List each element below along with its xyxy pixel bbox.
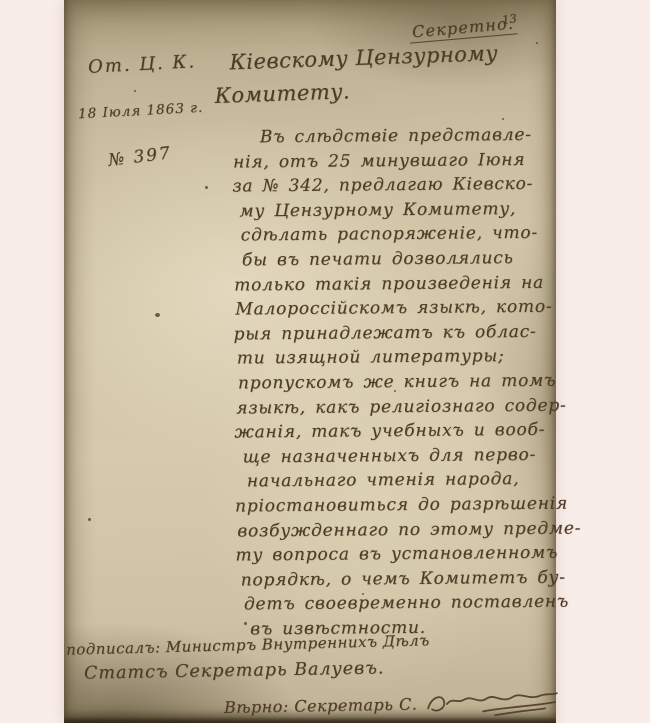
- footer-signatory-line: Статсъ Секретарь Валуевъ.: [84, 658, 385, 683]
- body-line: ще назначенныхъ для перво-: [243, 442, 580, 470]
- body-line: пропускомъ же книгъ на томъ: [238, 368, 579, 396]
- photo-background: { "page": { "background_color": "#f9ede9…: [0, 0, 650, 723]
- footer-certification-line: Вѣрно: Секретарь С.: [224, 685, 562, 723]
- body-line: языкѣ, какъ религіознаго содер-: [236, 393, 579, 421]
- body-line: порядкѣ, о чемъ Комитетъ бу-: [241, 565, 581, 593]
- addressee-line-2: Комитету.: [214, 74, 499, 108]
- paper-speck: [155, 313, 160, 317]
- body-line: бы въ печати дозволялись: [242, 245, 578, 273]
- paper-speck: [362, 593, 364, 595]
- body-line: Малороссійскомъ языкѣ, кото-: [235, 295, 578, 323]
- body-line: только такія произведенія на: [234, 270, 578, 298]
- body-line: рыя принадлежатъ къ облас-: [233, 319, 578, 347]
- paper-speck: [536, 42, 538, 44]
- paper-speck: [502, 118, 504, 120]
- reference-date: 18 Іюля 1863 г.: [78, 100, 204, 123]
- reference-number: № 397: [107, 143, 173, 171]
- paper-speck: [205, 186, 208, 189]
- body-line: нія, отъ 25 минувшаго Іюня: [233, 147, 577, 175]
- paper-speck: [244, 622, 247, 625]
- body-line: Въ слѣдствіе представле-: [260, 123, 577, 150]
- paper-speck: [134, 90, 136, 92]
- certification-text: Вѣрно: Секретарь С.: [224, 694, 418, 716]
- body-line: за № 342, предлагаю Кіевско-: [232, 172, 577, 200]
- body-line: пріостановиться до разрѣшенія: [235, 491, 580, 519]
- addressee-line-1: Кіевскому Цензурному: [229, 41, 498, 74]
- body-line: детъ своевременно поставленъ: [244, 590, 581, 618]
- body-line: ту вопроса въ установленномъ: [235, 541, 580, 569]
- body-line: сдѣлать распоряженіе, что-: [241, 221, 578, 249]
- body-line: ти изящной литературы;: [237, 344, 579, 372]
- body-line: начальнаго чтенія народа,: [247, 467, 580, 494]
- paper-speck: [394, 390, 396, 392]
- reference-office: От. Ц. К.: [88, 51, 197, 78]
- secretary-signature-flourish-icon: [423, 687, 562, 719]
- body-line: жанія, такъ учебныхъ и вооб-: [234, 418, 579, 446]
- addressee-block: Кіевскому Цензурному Комитету.: [213, 41, 499, 108]
- footer-signed-line: подписалъ: Министръ Внутреннихъ Дѣлъ: [66, 631, 430, 659]
- manuscript-page: 13 Секретно. От. Ц. К. 18 Іюля 1863 г. №…: [64, 0, 556, 723]
- body-line: возбужденнаго по этому предме-: [237, 516, 580, 544]
- classification-label: Секретно.: [408, 13, 518, 43]
- body-paragraph: Въ слѣдствіе представле- нія, отъ 25 мин…: [232, 123, 581, 642]
- body-line: му Цензурному Комитету,: [239, 196, 577, 224]
- paper-speck: [456, 262, 458, 264]
- paper-speck: [88, 518, 91, 521]
